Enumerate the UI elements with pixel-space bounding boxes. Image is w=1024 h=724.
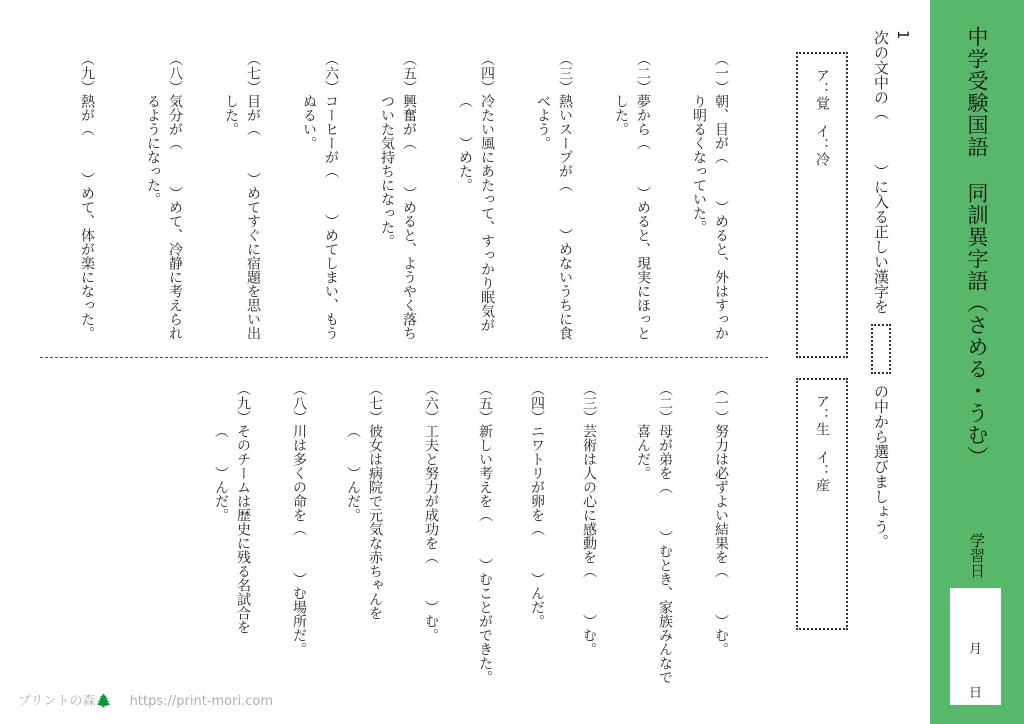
s1-question-2: （二）夢から（）めると、現実にほっとした。 (610, 52, 654, 340)
s2-question-2: （二）母が弟を（）むとき、家族みんなで喜んだ。 (632, 382, 676, 684)
study-date-box[interactable]: 月 日 (950, 588, 1001, 705)
study-date-label: 学習日 (966, 533, 988, 578)
s2-question-9: （九）そのチームは歴史に残る名試合を（ ）んだ。 (210, 382, 254, 634)
s1-question-9: （九）熱が（）めて、体が楽になった。 (76, 52, 98, 340)
footer: プリントの森🌲https://print-mori.com (18, 690, 273, 709)
site-name: プリントの森 (18, 694, 95, 709)
s2-question-8: （八）川は多くの命を（）む場所だ。 (288, 382, 310, 656)
instruction-text-1: 次の文中の（ (872, 30, 890, 120)
instruction-text-3: の中から選びましょう。 (872, 384, 890, 549)
s2-question-6: （六）工夫と努力が成功を（）む。 (420, 382, 442, 642)
choice-box-section2: ア：生 イ：産 (796, 378, 848, 630)
s1-question-7: （七）目が（）めてすぐに宿題を思い出した。 (220, 52, 264, 340)
s2-question-1: （一）努力は必ずよい結果を（）む。 (710, 382, 732, 656)
tree-icon: 🌲 (95, 694, 111, 709)
instruction-text-2: ）に入る正しい漢字を (872, 164, 890, 314)
section-divider (40, 357, 768, 358)
choice-box-sample (871, 324, 891, 374)
s1-question-6: （六）コーヒーが（）めてしまい、もうぬるい。 (298, 52, 342, 340)
s2-question-7: （七）彼女は病院で元気な赤ちゃんを（ ）んだ。 (342, 382, 386, 620)
s2-question-5: （五）新しい考えを（）むことができた。 (474, 382, 496, 684)
s2-question-3: （三）芸術は人の心に感動を（）む。 (578, 382, 600, 656)
s1-question-3: （三）熱いスープが（）めないうちに食べよう。 (532, 52, 576, 340)
s1-question-5: （五）興奮が（）めると、ようやく落ちついた気持ちになった。 (376, 52, 420, 340)
day-label: 日 (969, 682, 982, 701)
month-label: 月 (969, 638, 982, 657)
choice-box-section1: ア：覚 イ：冷 (796, 52, 848, 358)
s1-question-8: （八）気分が（）めて、冷静に考えられるようになった。 (142, 52, 186, 340)
site-url-link[interactable]: https://print-mori.com (130, 694, 273, 709)
choices-section1: ア：覚 イ：冷 (812, 68, 832, 166)
sidebar-banner: 中学受験国語同訓異字語（さめる・うむ） 学習日 月 日 (930, 0, 1024, 724)
instruction: 1次の文中の（）に入る正しい漢字をの中から選びましょう。 (870, 30, 914, 549)
s2-question-4: （四）ニワトリが卵を（）んだ。 (526, 382, 548, 628)
s1-question-1: （一）朝、目が（）めると、外はすっかり明るくなっていた。 (688, 52, 732, 340)
worksheet-title: 中学受験国語同訓異字語（さめる・うむ） (958, 26, 996, 468)
question-number: 1 (892, 30, 914, 531)
choices-section2: ア：生 イ：産 (812, 394, 832, 492)
title-main: 中学受験国語 (965, 26, 989, 158)
s1-question-4: （四）冷たい風にあたって、すっかり眠気が（ ）めた。 (454, 52, 498, 332)
title-sub: 同訓異字語（さめる・うむ） (965, 182, 989, 468)
